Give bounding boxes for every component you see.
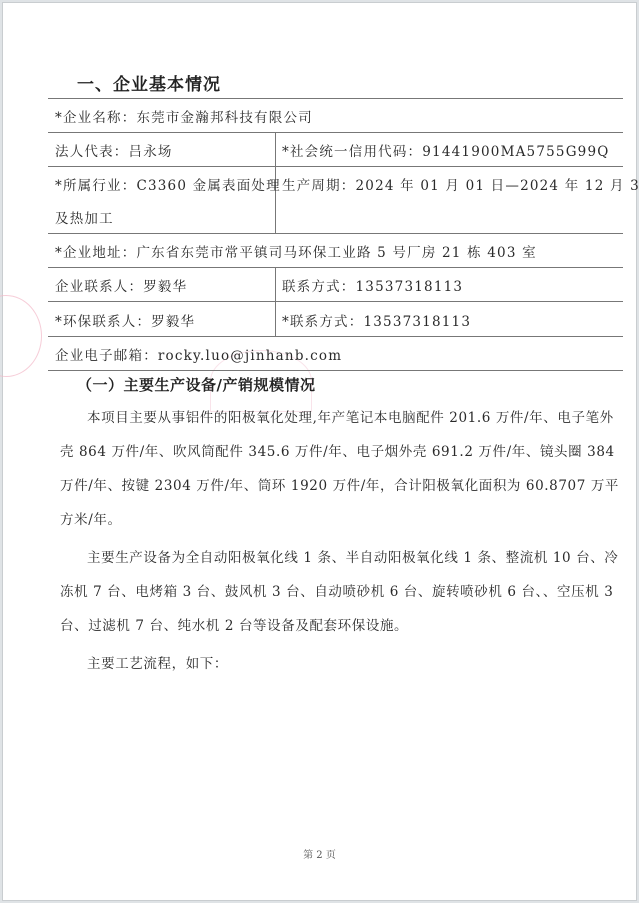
production-period: 生产周期：2024 年 01 月 01 日—2024 年 12 月 31 日: [282, 174, 639, 194]
company-name: *企业名称：东莞市金瀚邦科技有限公司: [55, 106, 313, 126]
company-address: *企业地址：广东省东莞市常平镇司马环保工业路 5 号厂房 21 栋 403 室: [55, 241, 537, 261]
table-border: [48, 301, 623, 302]
subsection-title: （一）主要生产设备/产销规模情况: [77, 374, 315, 395]
table-column-divider: [275, 267, 276, 336]
table-border: [48, 336, 623, 337]
table-border: [48, 132, 623, 133]
paragraph-equipment: 主要生产设备为全自动阳极氧化线 1 条、半自动阳极氧化线 1 条、整流机 10 …: [60, 541, 620, 643]
page-number: 第 2 页: [0, 846, 639, 861]
section-title: 一、企业基本情况: [77, 70, 221, 95]
env-contact-phone: *联系方式：13537318113: [282, 310, 471, 330]
paragraph-process-intro: 主要工艺流程，如下：: [60, 647, 620, 681]
env-contact-person: *环保联系人：罗毅华: [55, 310, 195, 330]
table-border: [48, 370, 623, 371]
table-border: [48, 233, 623, 234]
company-email: 企业电子邮箱：rocky.luo@jinhanb.com: [55, 344, 342, 364]
body-text: 本项目主要从事铝件的阳极氧化处理,年产笔记本电脑配件 201.6 万件/年、电子…: [60, 401, 620, 681]
table-border: [48, 166, 623, 167]
contact-phone: 联系方式：13537318113: [282, 275, 463, 295]
table-border: [48, 267, 623, 268]
contact-person: 企业联系人：罗毅华: [55, 275, 187, 295]
legal-representative: 法人代表：吕永场: [55, 140, 173, 160]
credit-code: *社会统一信用代码：91441900MA5755G99Q: [282, 140, 610, 160]
industry-line-1: *所属行业：C3360 金属表面处理: [55, 174, 281, 194]
table-border: [48, 98, 623, 99]
paragraph-production-scale: 本项目主要从事铝件的阳极氧化处理,年产笔记本电脑配件 201.6 万件/年、电子…: [60, 401, 620, 537]
industry-line-2: 及热加工: [55, 207, 114, 227]
